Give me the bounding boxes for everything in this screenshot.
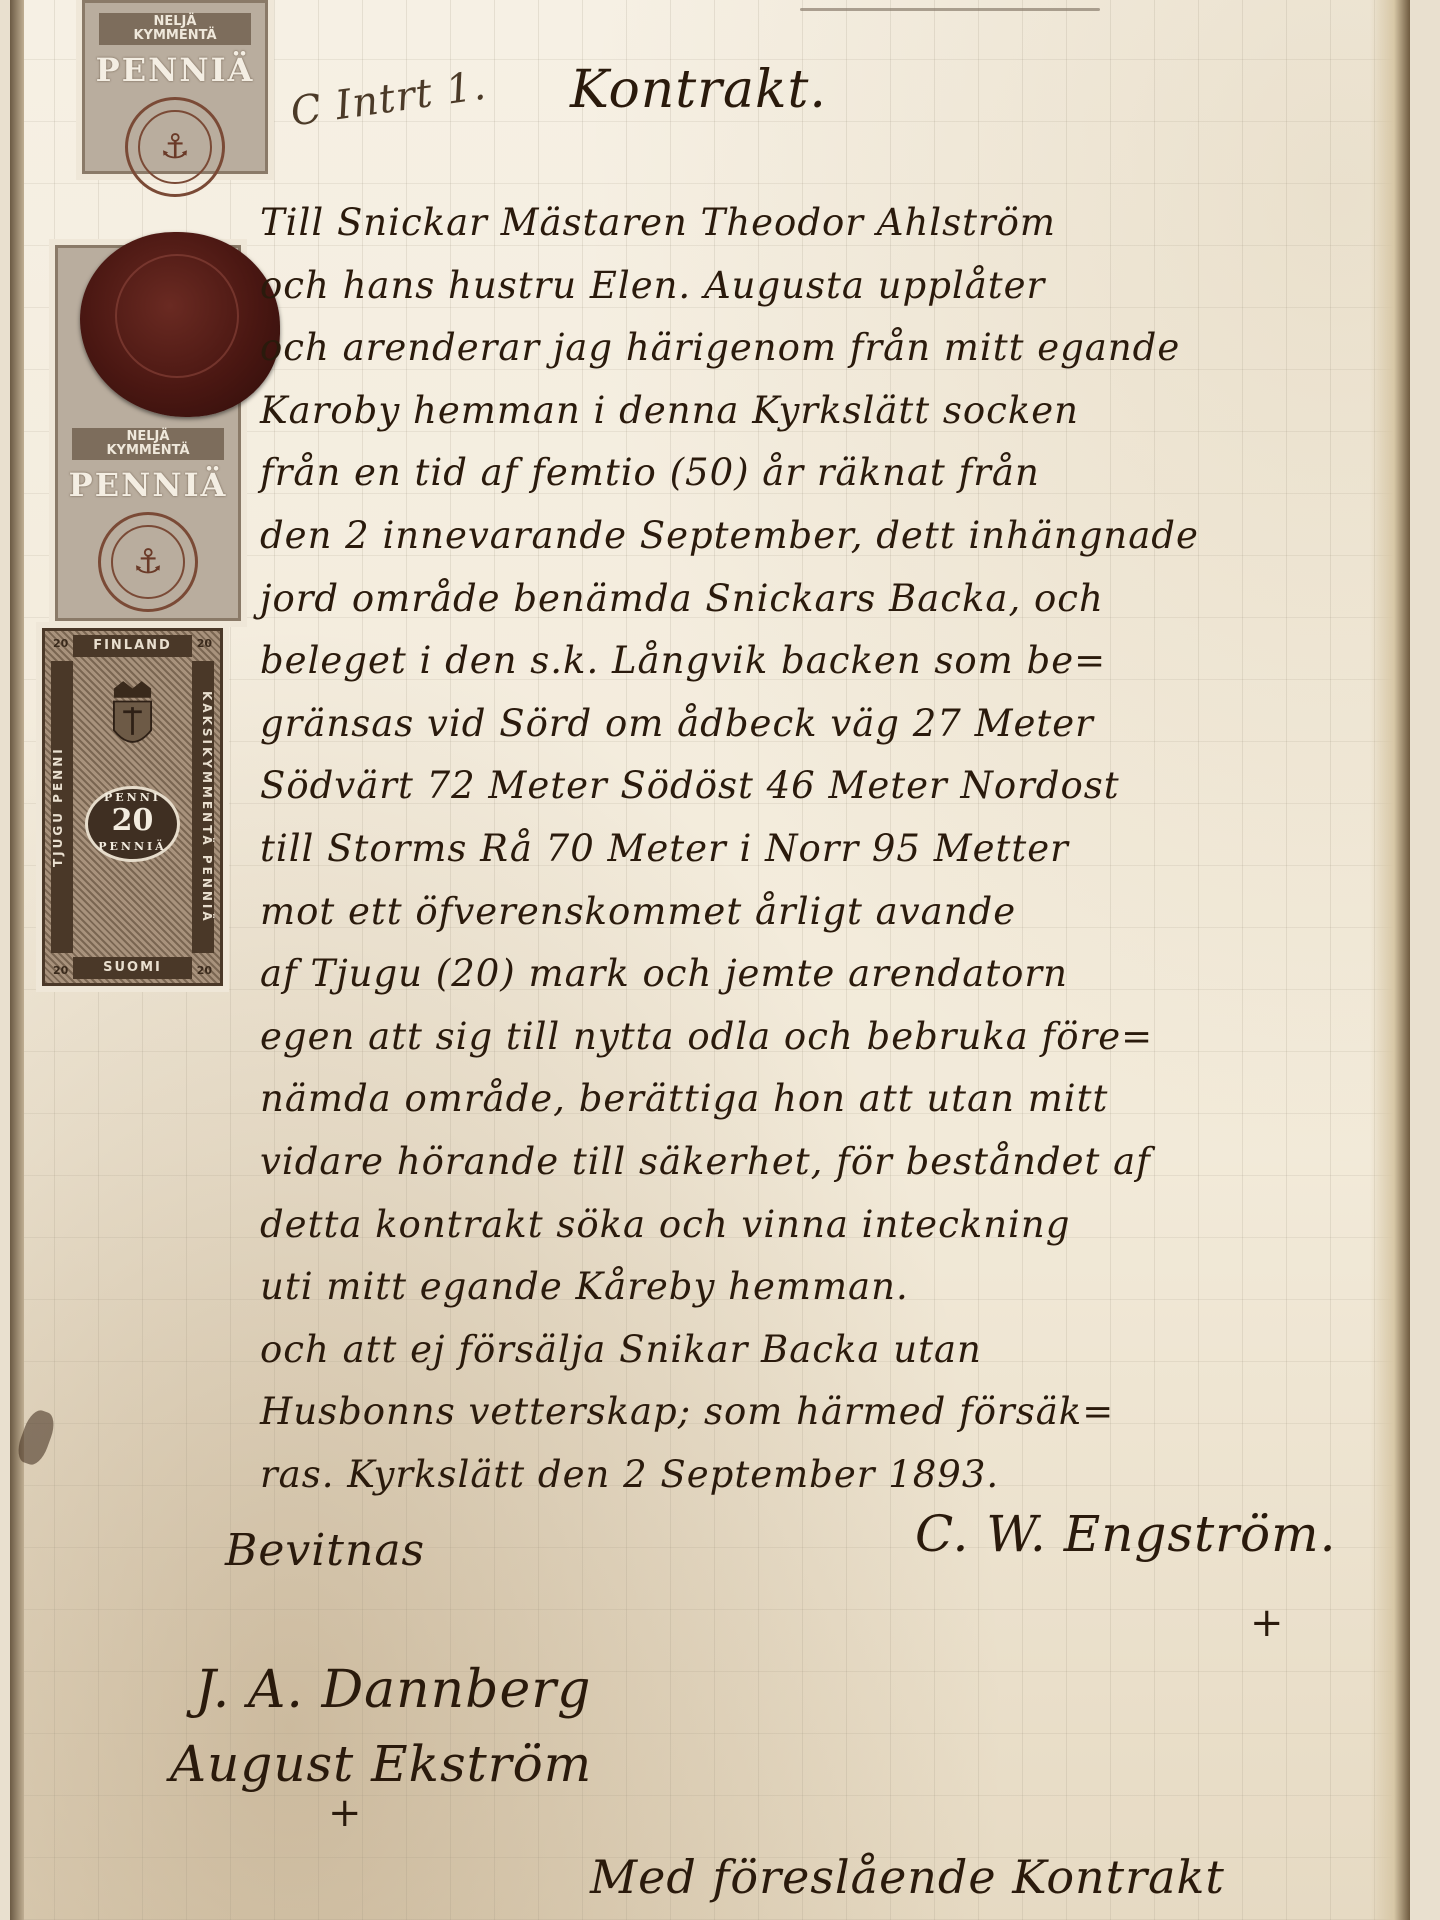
stamp-denomination: PENNIÄ xyxy=(58,466,238,504)
cross-mark: + xyxy=(328,1790,362,1836)
body-line: jord område benämda Snickars Backa, och xyxy=(260,568,1380,631)
witness-signature-2: August Ekström xyxy=(170,1735,592,1793)
body-line: detta kontrakt söka och vinna inteckning xyxy=(260,1194,1380,1257)
body-line: och hans hustru Elen. Augusta upplåter xyxy=(260,255,1380,318)
witness-label: Bevitnas xyxy=(225,1525,425,1576)
crown-crest-icon xyxy=(100,671,165,771)
seal-emblem xyxy=(115,254,239,378)
anchor-caduceus-icon: ⚓ xyxy=(138,110,212,184)
body-line: ras. Kyrkslätt den 2 September 1893. xyxy=(260,1444,1380,1507)
body-line: Till Snickar Mästaren Theodor Ahlström xyxy=(260,192,1380,255)
lessor-signature: C. W. Engström. xyxy=(915,1505,1336,1563)
body-line: uti mitt egande Kåreby hemman. xyxy=(260,1256,1380,1319)
pencil-rule xyxy=(800,8,1100,11)
body-line: och arenderar jag härigenom från mitt eg… xyxy=(260,317,1380,380)
stamp-band: NELJÄ KYMMENTÄ xyxy=(99,13,251,45)
body-line: gränsas vid Sörd om ådbeck väg 27 Meter xyxy=(260,693,1380,756)
contract-body: Till Snickar Mästaren Theodor Ahlström o… xyxy=(260,192,1380,1506)
body-line: vidare hörande till säkerhet, för bestån… xyxy=(260,1131,1380,1194)
binding-edge xyxy=(10,0,24,1920)
revenue-stamp-20-penni: FINLAND SUOMI TJUGU PENNI KAKSIKYMMENTÄ … xyxy=(42,628,223,986)
stamp-side-left: TJUGU PENNI xyxy=(51,661,73,953)
cancellation-circle: ⚓ xyxy=(98,512,198,612)
stamp-country-top: FINLAND xyxy=(73,635,192,657)
cancellation-circle: ⚓ xyxy=(125,97,225,197)
body-line: mot ett öfverenskommet årligt avande xyxy=(260,881,1380,944)
body-line: den 2 innevarande September, dett inhäng… xyxy=(260,505,1380,568)
document-title: Kontrakt. xyxy=(570,60,827,120)
denomination-oval: PENNI 20 PENNIÄ xyxy=(85,786,180,862)
witness-signature-1: J. A. Dannberg xyxy=(195,1660,591,1720)
stamp-denomination: PENNIÄ xyxy=(85,51,265,89)
footer-note: Med föreslående Kontrakt xyxy=(590,1850,1225,1904)
anchor-caduceus-icon: ⚓ xyxy=(111,525,185,599)
body-line: Karoby hemman i denna Kyrkslätt socken xyxy=(260,380,1380,443)
body-line: nämda område, berättiga hon att utan mit… xyxy=(260,1068,1380,1131)
body-line: egen att sig till nytta odla och bebruka… xyxy=(260,1006,1380,1069)
stamp-side-right: KAKSIKYMMENTÄ PENNIÄ xyxy=(192,661,214,953)
body-line: Södvärt 72 Meter Södöst 46 Meter Nordost xyxy=(260,755,1380,818)
body-line: till Storms Rå 70 Meter i Norr 95 Metter xyxy=(260,818,1380,881)
body-line: beleget i den s.k. Långvik backen som be… xyxy=(260,630,1380,693)
cross-mark: + xyxy=(1250,1600,1284,1646)
body-line: från en tid af femtio (50) år räknat frå… xyxy=(260,442,1380,505)
document-page: NELJÄ KYMMENTÄ PENNIÄ ⚓ NELJÄ KYMMENTÄ P… xyxy=(10,0,1410,1920)
body-line: af Tjugu (20) mark och jemte arendatorn xyxy=(260,943,1380,1006)
body-line: Husbonns vetterskap; som härmed försäk= xyxy=(260,1381,1380,1444)
revenue-stamp-40-pennia-top: NELJÄ KYMMENTÄ PENNIÄ ⚓ xyxy=(82,0,268,174)
body-line: och att ej försälja Snikar Backa utan xyxy=(260,1319,1380,1382)
stamp-band: NELJÄ KYMMENTÄ xyxy=(72,428,224,460)
stamp-country-bottom: SUOMI xyxy=(73,957,192,979)
